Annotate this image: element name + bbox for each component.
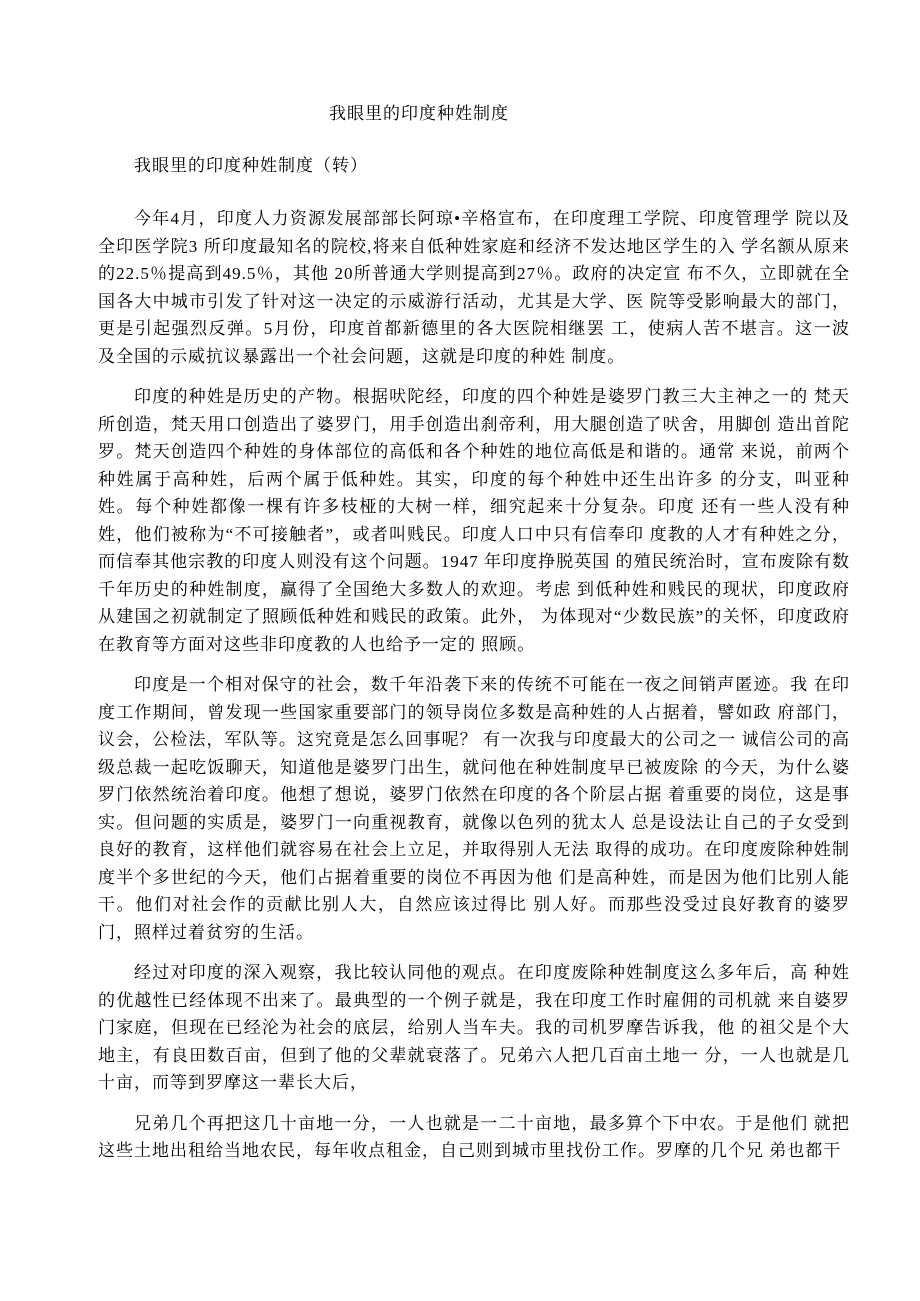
document-subtitle: 我眼里的印度种姓制度（转） — [98, 152, 850, 179]
paragraph-1: 今年4月，印度人力资源发展部部长阿琼•辛格宣布，在印度理工学院、印度管理学 院以… — [98, 205, 850, 370]
paragraph-2: 印度的种姓是历史的产物。根据吠陀经，印度的四个种姓是婆罗门教三大主神之一的 梵天… — [98, 383, 850, 658]
paragraph-3: 印度是一个相对保守的社会，数千年沿袭下来的传统不可能在一夜之间销声匿迹。我 在印… — [98, 671, 850, 946]
document-content: 我眼里的印度种姓制度 我眼里的印度种姓制度（转） 今年4月，印度人力资源发展部部… — [98, 100, 850, 1178]
paragraph-4: 经过对印度的深入观察，我比较认同他的观点。在印度废除种姓制度这么多年后，高 种姓… — [98, 959, 850, 1097]
paragraph-5: 兄弟几个再把这几十亩地一分，一人也就是一二十亩地，最多算个下中农。于是他们 就把… — [98, 1110, 850, 1165]
document-header-title: 我眼里的印度种姓制度 — [98, 100, 850, 127]
document-page: 我眼里的印度种姓制度 我眼里的印度种姓制度（转） 今年4月，印度人力资源发展部部… — [0, 0, 920, 1301]
